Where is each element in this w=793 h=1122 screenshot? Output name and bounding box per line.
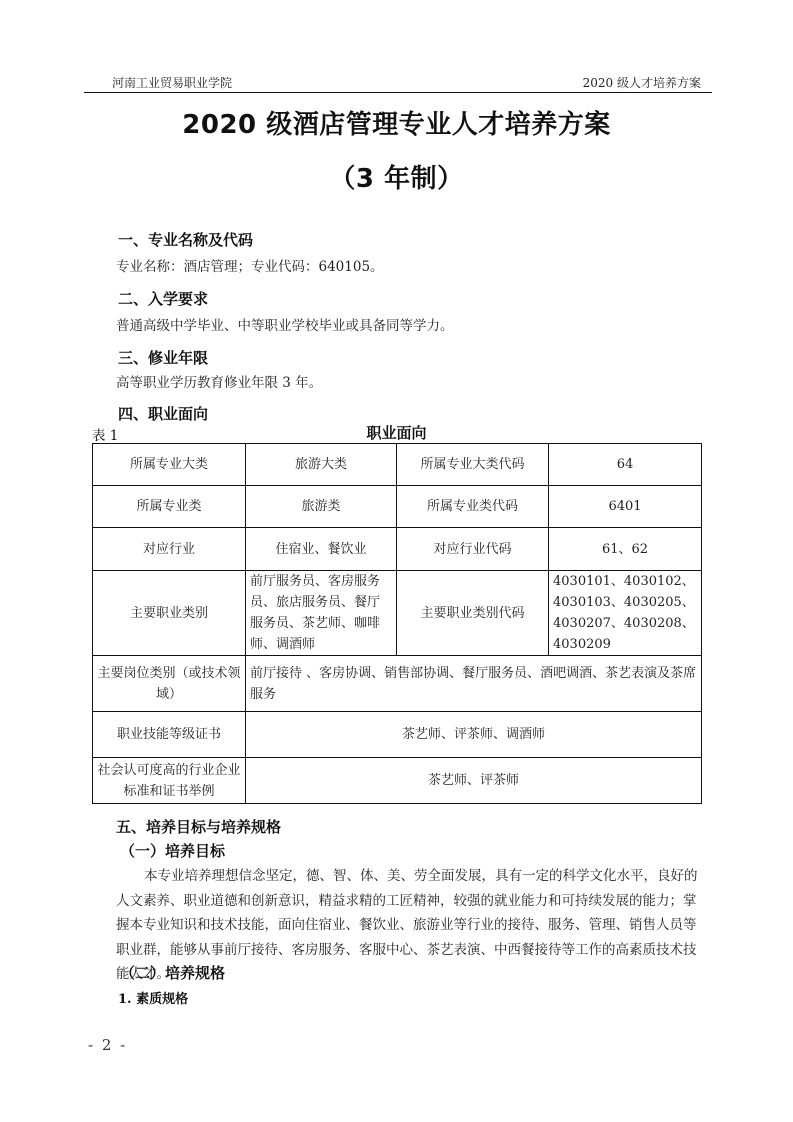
section-heading-5: 五、培养目标与培养规格 [116,816,281,837]
section-heading-1: 一、专业名称及代码 [118,229,253,250]
table-cell: 所属专业大类 [93,444,246,486]
table-row: 主要职业类别 前厅服务员、客房服务员、旅店服务员、餐厅服务员、茶艺师、咖啡师、调… [93,571,702,656]
table-cell: 职业技能等级证书 [93,712,246,758]
page-subtitle: （3 年制） [0,158,793,195]
page-number: - 2 - [88,1036,127,1054]
table-cell: 前厅服务员、客房服务员、旅店服务员、餐厅服务员、茶艺师、咖啡师、调酒师 [246,571,397,656]
table-row: 所属专业大类 旅游大类 所属专业大类代码 64 [93,444,702,486]
table-cell: 所属专业类 [93,486,246,528]
table-row: 职业技能等级证书 茶艺师、评茶师、调酒师 [93,712,702,758]
section-heading-3: 三、修业年限 [118,347,208,368]
table-cell: 所属专业类代码 [397,486,549,528]
subsection-heading-spec: （二）培养规格 [120,962,225,983]
header-institution: 河南工业贸易职业学院 [112,74,232,91]
table-row: 社会认可度高的行业企业标准和证书举例 茶艺师、评茶师 [93,758,702,804]
header-rule [84,92,712,93]
section-text-2: 普通高级中学毕业、中等职业学校毕业或具备同等学力。 [116,314,454,334]
table-cell: 主要职业类别代码 [397,571,549,656]
page-title: 2020 级酒店管理专业人才培养方案 [0,104,793,141]
table-cell: 主要岗位类别（或技术领域） [93,656,246,712]
table-cell: 对应行业代码 [397,528,549,571]
table-cell: 社会认可度高的行业企业标准和证书举例 [93,758,246,804]
subsection-heading-goal: （一）培养目标 [120,840,225,861]
section-text-3: 高等职业学历教育修业年限 3 年。 [116,371,322,391]
table-row: 主要岗位类别（或技术领域） 前厅接待 、客房协调、销售部协调、餐厅服务员、酒吧调… [93,656,702,712]
career-orientation-table: 所属专业大类 旅游大类 所属专业大类代码 64 所属专业类 旅游类 所属专业类代… [92,443,702,804]
item-quality-spec: 1. 素质规格 [118,988,188,1007]
table-cell: 茶艺师、评茶师、调酒师 [246,712,702,758]
table-cell: 前厅接待 、客房协调、销售部协调、餐厅服务员、酒吧调酒、茶艺表演及茶席服务 [246,656,702,712]
table-cell: 64 [549,444,702,486]
table-cell: 旅游大类 [246,444,397,486]
table-cell: 住宿业、餐饮业 [246,528,397,571]
table-row: 所属专业类 旅游类 所属专业类代码 6401 [93,486,702,528]
section-heading-4: 四、职业面向 [118,403,208,424]
table-cell: 6401 [549,486,702,528]
table-row: 对应行业 住宿业、餐饮业 对应行业代码 61、62 [93,528,702,571]
section-heading-2: 二、入学要求 [118,288,208,309]
table-cell: 茶艺师、评茶师 [246,758,702,804]
header-doc-title: 2020 级人才培养方案 [583,74,701,91]
table-cell: 4030101、4030102、4030103、4030205、4030207、… [549,571,702,656]
table-caption: 职业面向 [0,422,793,443]
table-cell: 对应行业 [93,528,246,571]
section-text-1: 专业名称：酒店管理；专业代码：640105。 [116,255,384,275]
table-cell: 所属专业大类代码 [397,444,549,486]
table-cell: 61、62 [549,528,702,571]
table-cell: 旅游类 [246,486,397,528]
table-cell: 主要职业类别 [93,571,246,656]
